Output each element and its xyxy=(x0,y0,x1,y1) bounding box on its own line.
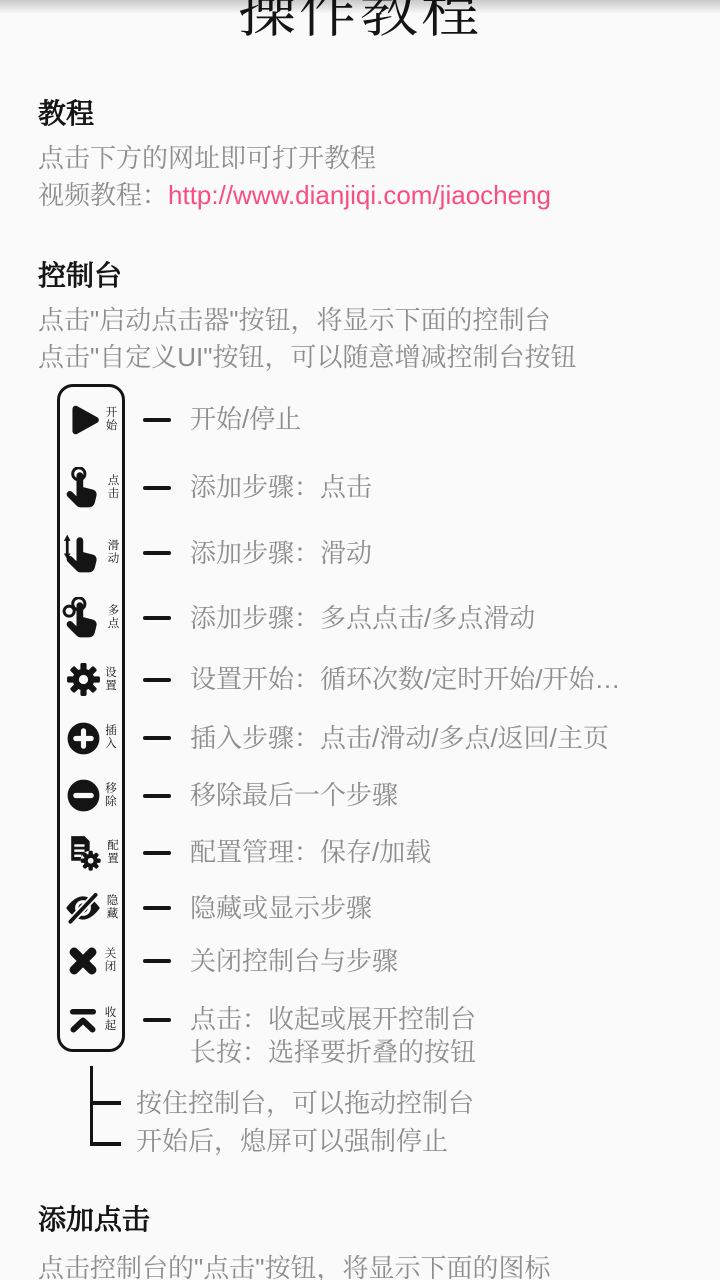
video-tutorial-label: 视频教程： xyxy=(38,180,168,210)
legend-dash xyxy=(143,486,171,490)
panel-button-label: 关闭 xyxy=(104,948,117,974)
legend-dash xyxy=(143,1018,171,1022)
swipe-icon xyxy=(62,532,104,574)
console-line-2: 点击"自定义UI"按钮，可以随意增减控制台按钮 xyxy=(38,339,576,376)
legend-description: 插入步骤：点击/滑动/多点/返回/主页 xyxy=(190,722,609,755)
collapse-icon xyxy=(65,1002,101,1038)
close-icon xyxy=(65,943,101,979)
legend-row: 配置配置管理：保存/加载 xyxy=(57,824,717,881)
config-icon xyxy=(63,832,104,873)
legend-description-line1: 关闭控制台与步骤 xyxy=(190,945,398,978)
legend-description: 添加步骤：点击 xyxy=(190,471,372,504)
hide-icon xyxy=(63,888,103,928)
panel-button: 配置 xyxy=(57,832,125,873)
panel-button-label: 滑动 xyxy=(107,540,120,566)
panel-button-label: 开始 xyxy=(105,407,118,433)
tree-branch-1 xyxy=(93,1101,121,1105)
panel-button-label: 移除 xyxy=(105,783,118,809)
tutorial-section-heading: 教程 xyxy=(38,98,94,130)
legend-description-line1: 添加步骤：滑动 xyxy=(190,537,372,570)
legend-description: 添加步骤：多点点击/多点滑动 xyxy=(190,602,535,635)
legend-description-line1: 插入步骤：点击/滑动/多点/返回/主页 xyxy=(190,722,609,755)
legend-row: 隐藏隐藏或显示步骤 xyxy=(57,881,717,935)
legend-description: 开始/停止 xyxy=(190,403,301,436)
tutorial-line-1: 点击下方的网址即可打开教程 xyxy=(38,140,551,177)
legend-description: 隐藏或显示步骤 xyxy=(190,892,372,925)
panel-button: 点击 xyxy=(57,467,125,509)
legend-dash xyxy=(143,678,171,682)
add-click-section-heading: 添加点击 xyxy=(38,1204,150,1236)
legend-description-line1: 移除最后一个步骤 xyxy=(190,779,398,812)
panel-button-label: 点击 xyxy=(107,475,120,501)
tap-icon xyxy=(62,467,104,509)
panel-button: 隐藏 xyxy=(57,888,125,928)
console-note-2: 开始后，熄屏可以强制停止 xyxy=(136,1124,448,1158)
legend-description-line1: 开始/停止 xyxy=(190,403,301,436)
legend-dash xyxy=(143,851,171,855)
legend-description: 配置管理：保存/加载 xyxy=(190,836,431,869)
panel-button-label: 多点 xyxy=(107,605,120,631)
legend-dash xyxy=(143,794,171,798)
legend-row: 设置设置开始：循环次数/定时开始/开始… xyxy=(57,650,717,709)
panel-button: 收起 xyxy=(57,1002,125,1038)
legend-description: 关闭控制台与步骤 xyxy=(190,945,398,978)
multi-tap-icon xyxy=(62,597,104,639)
legend-description-line1: 添加步骤：多点点击/多点滑动 xyxy=(190,602,535,635)
legend-row: 点击添加步骤：点击 xyxy=(57,455,717,520)
legend-row: 开始开始/停止 xyxy=(57,384,717,455)
add-click-paragraph: 点击控制台的"点击"按钮，将显示下面的图标 xyxy=(38,1250,550,1280)
panel-button-label: 隐藏 xyxy=(106,895,119,921)
panel-button: 滑动 xyxy=(57,532,125,574)
panel-button: 插入 xyxy=(57,720,125,757)
panel-button: 开始 xyxy=(57,401,125,439)
legend-row: 关闭关闭控制台与步骤 xyxy=(57,935,717,987)
legend-description-line2: 长按：选择要折叠的按钮 xyxy=(190,1036,476,1069)
tutorial-line-2: 视频教程：http://www.dianjiqi.com/jiaocheng xyxy=(38,177,551,214)
console-section-heading: 控制台 xyxy=(38,260,122,292)
legend-row: 插入插入步骤：点击/滑动/多点/返回/主页 xyxy=(57,709,717,767)
legend-description-line1: 添加步骤：点击 xyxy=(190,471,372,504)
legend-description-line1: 点击：收起或展开控制台 xyxy=(190,1003,476,1036)
page-title: 操作教程 xyxy=(0,0,720,44)
panel-button: 设置 xyxy=(57,661,125,698)
legend-description: 移除最后一个步骤 xyxy=(190,779,398,812)
panel-button-label: 收起 xyxy=(104,1007,117,1033)
add-click-line-1: 点击控制台的"点击"按钮，将显示下面的图标 xyxy=(38,1250,550,1280)
legend-row: 移除移除最后一个步骤 xyxy=(57,767,717,824)
remove-icon xyxy=(65,777,102,814)
tree-branch-2 xyxy=(93,1142,121,1146)
tutorial-screen: 操作教程 教程 点击下方的网址即可打开教程 视频教程：http://www.di… xyxy=(0,0,720,1280)
legend-row: 收起点击：收起或展开控制台长按：选择要折叠的按钮 xyxy=(57,987,717,1052)
legend-row: 多点添加步骤：多点点击/多点滑动 xyxy=(57,586,717,650)
legend-dash xyxy=(143,736,171,740)
legend-description: 点击：收起或展开控制台长按：选择要折叠的按钮 xyxy=(190,1003,476,1069)
legend-description-line1: 配置管理：保存/加载 xyxy=(190,836,431,869)
panel-button: 移除 xyxy=(57,777,125,814)
tutorial-paragraph: 点击下方的网址即可打开教程 视频教程：http://www.dianjiqi.c… xyxy=(38,140,551,214)
console-paragraph: 点击"启动点击器"按钮，将显示下面的控制台 点击"自定义UI"按钮，可以随意增减… xyxy=(38,302,576,376)
play-icon xyxy=(64,401,102,439)
panel-button-label: 设置 xyxy=(105,667,118,693)
legend-description-line1: 隐藏或显示步骤 xyxy=(190,892,372,925)
legend-description: 添加步骤：滑动 xyxy=(190,537,372,570)
console-line-1: 点击"启动点击器"按钮，将显示下面的控制台 xyxy=(38,302,576,339)
panel-button: 关闭 xyxy=(57,943,125,979)
panel-button-label: 插入 xyxy=(105,725,118,751)
console-button-legend: 开始开始/停止点击添加步骤：点击滑动添加步骤：滑动多点添加步骤：多点点击/多点滑… xyxy=(57,384,717,1052)
console-note-1: 按住控制台，可以拖动控制台 xyxy=(136,1086,474,1120)
legend-description-line1: 设置开始：循环次数/定时开始/开始… xyxy=(190,663,620,696)
legend-dash xyxy=(143,906,171,910)
legend-dash xyxy=(143,551,171,555)
legend-description: 设置开始：循环次数/定时开始/开始… xyxy=(190,663,620,696)
legend-dash xyxy=(143,418,171,422)
legend-row: 滑动添加步骤：滑动 xyxy=(57,520,717,586)
legend-dash xyxy=(143,616,171,620)
settings-icon xyxy=(65,661,102,698)
insert-icon xyxy=(65,720,102,757)
panel-button-label: 配置 xyxy=(107,840,120,866)
panel-button: 多点 xyxy=(57,597,125,639)
tree-vertical-line xyxy=(90,1066,93,1146)
tutorial-url-link[interactable]: http://www.dianjiqi.com/jiaocheng xyxy=(168,180,551,210)
legend-dash xyxy=(143,959,171,963)
